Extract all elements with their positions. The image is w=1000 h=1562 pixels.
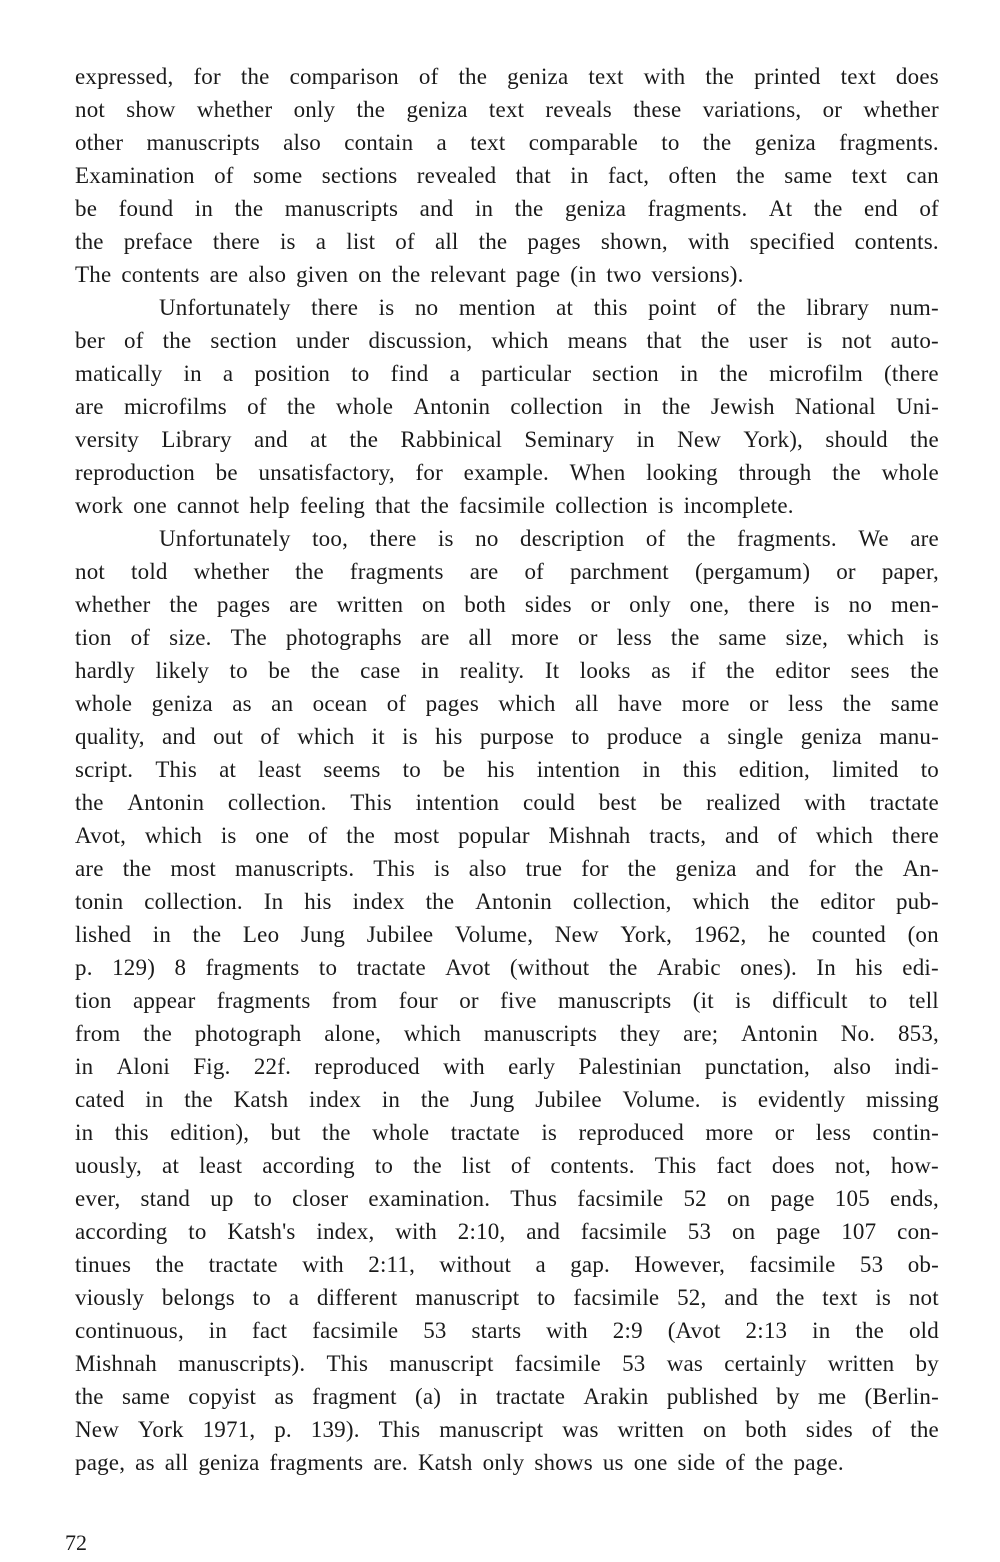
text-line: Avot,whichisoneofthemostpopularMishnahtr… (75, 819, 939, 852)
text-line: tionappearfragmentsfromfourorfivemanuscr… (75, 984, 939, 1017)
text-line: berofthesectionunderdiscussion,whichmean… (75, 324, 939, 357)
text-line: uously,atleastaccordingtothelistofconten… (75, 1149, 939, 1182)
text-line: expressed,forthecomparisonofthegenizatex… (75, 60, 939, 93)
text-line: aremicrofilmsofthewholeAntonincollection… (75, 390, 939, 423)
paragraph: Unfortunatelytoo,thereisnodescriptionoft… (75, 522, 939, 1479)
text-line: tonincollection.InhisindextheAntonincoll… (75, 885, 939, 918)
text-line: continuous,infactfacsimile53startswith2:… (75, 1314, 939, 1347)
text-line: quality,andoutofwhichitishispurposetopro… (75, 720, 939, 753)
text-line: script.Thisatleastseemstobehisintentioni… (75, 753, 939, 786)
text-line: hardlylikelytobethecaseinreality.Itlooks… (75, 654, 939, 687)
text-line: wholegenizaasanoceanofpageswhichallhavem… (75, 687, 939, 720)
text-line: maticallyinapositiontofindaparticularsec… (75, 357, 939, 390)
text-line: tionofsize.Thephotographsareallmoreorles… (75, 621, 939, 654)
text-line: page,asallgenizafragmentsare.Katshonlysh… (75, 1446, 939, 1479)
text-line: catedintheKatshindexintheJungJubileeVolu… (75, 1083, 939, 1116)
text-line: nottoldwhetherthefragmentsareofparchment… (75, 555, 939, 588)
text-line: Thecontentsarealsogivenontherelevantpage… (75, 258, 939, 291)
paragraph: expressed,forthecomparisonofthegenizatex… (75, 60, 939, 291)
text-line: workonecannothelpfeelingthatthefacsimile… (75, 489, 939, 522)
text-line: Examinationofsomesectionsrevealedthatinf… (75, 159, 939, 192)
text-line: thesamecopyistasfragment(a)intractateAra… (75, 1380, 939, 1413)
text-line: inthisedition),butthewholetractateisrepr… (75, 1116, 939, 1149)
text-line: p.129)8fragmentstotractateAvot(withoutth… (75, 951, 939, 984)
text-line: reproductionbeunsatisfactory,forexample.… (75, 456, 939, 489)
text-line: ever,standuptocloserexamination.Thusfacs… (75, 1182, 939, 1215)
text-line: fromthephotographalone,whichmanuscriptst… (75, 1017, 939, 1050)
text-line: versityLibraryandattheRabbinicalSeminary… (75, 423, 939, 456)
text-line: othermanuscriptsalsocontainatextcomparab… (75, 126, 939, 159)
paragraph: Unfortunatelythereisnomentionatthispoint… (75, 291, 939, 522)
text-line: whetherthepagesarewrittenonbothsidesoron… (75, 588, 939, 621)
text-line: Unfortunatelytoo,thereisnodescriptionoft… (75, 522, 939, 555)
text-line: Mishnahmanuscripts).Thismanuscriptfacsim… (75, 1347, 939, 1380)
text-line: lishedintheLeoJungJubileeVolume,NewYork,… (75, 918, 939, 951)
text-line: notshowwhetheronlythegenizatextrevealsth… (75, 93, 939, 126)
text-line: theprefacethereisalistofallthepagesshown… (75, 225, 939, 258)
text-line: accordingtoKatsh'sindex,with2:10,andfacs… (75, 1215, 939, 1248)
page-number: 72 (65, 1530, 87, 1556)
document-page: expressed,forthecomparisonofthegenizatex… (75, 60, 939, 1479)
text-line: inAloniFig.22f.reproducedwithearlyPalest… (75, 1050, 939, 1083)
text-line: arethemostmanuscripts.Thisisalsotruefort… (75, 852, 939, 885)
text-line: theAntonincollection.Thisintentioncouldb… (75, 786, 939, 819)
text-line: viouslybelongstoadifferentmanuscripttofa… (75, 1281, 939, 1314)
text-line: tinuesthetractatewith2:11,withoutagap.Ho… (75, 1248, 939, 1281)
text-line: Unfortunatelythereisnomentionatthispoint… (75, 291, 939, 324)
text-line: NewYork1971,p.139).Thismanuscriptwaswrit… (75, 1413, 939, 1446)
text-line: befoundinthemanuscriptsandinthegenizafra… (75, 192, 939, 225)
